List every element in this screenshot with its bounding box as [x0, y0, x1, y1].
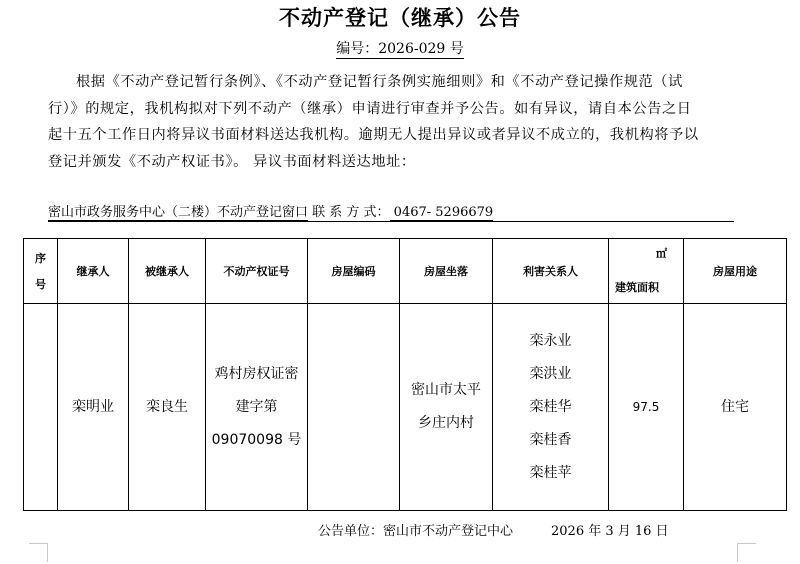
header-decedent: 被继承人 — [129, 239, 206, 304]
inheritance-table: 序 号 继承人 被继承人 不动产权证号 房屋编码 房屋坐落 利害关系人 ㎡ 建筑… — [23, 238, 787, 511]
cell-area: 97.5 — [609, 304, 684, 511]
header-seq: 序 号 — [24, 239, 58, 304]
cell-decedent: 栾良生 — [129, 304, 206, 511]
cell-interested-parties: 栾永业 栾洪业 栾桂华 栾桂香 栾桂苹 — [493, 304, 609, 511]
issuer: 公告单位：密山市不动产登记中心 — [318, 524, 513, 539]
table-header-row: 序 号 继承人 被继承人 不动产权证号 房屋编码 房屋坐落 利害关系人 ㎡ 建筑… — [24, 239, 787, 304]
objection-address: 密山市政务服务中心（二楼）不动产登记窗口 — [48, 205, 308, 221]
document-number: 编号：2026-029 号 — [0, 38, 800, 58]
notice-paragraph: 根据《不动产登记暂行条例》、《不动产登记暂行条例实施细则》和《不动产登记操作规范… — [48, 69, 738, 175]
paragraph-line: 登记并颁发《不动产权证书》。 异议书面材料送达地址： — [48, 149, 738, 176]
cell-seq — [24, 304, 58, 511]
page-title: 不动产登记（继承）公告 — [0, 2, 800, 32]
cell-house-code — [308, 304, 400, 511]
area-label: 建筑面积 — [615, 279, 659, 295]
header-heir: 继承人 — [58, 239, 129, 304]
contact-line: 密山市政务服务中心（二楼）不动产登记窗口 联 系 方 式： 0467- 5296… — [48, 204, 734, 222]
cell-heir: 栾明业 — [58, 304, 129, 511]
paragraph-line: 起十五个工作日内将异议书面材料送达我机构。逾期无人提出异议或者异议不成立的，我机… — [48, 122, 738, 149]
header-location: 房屋坐落 — [400, 239, 493, 304]
cell-cert-no: 鸡村房权证密 建字第 09070098 号 — [206, 304, 308, 511]
header-area: ㎡ 建筑面积 — [609, 239, 684, 304]
header-interested-parties: 利害关系人 — [493, 239, 609, 304]
page-corner-mark-right — [737, 543, 756, 562]
footer: 公告单位：密山市不动产登记中心2026 年 3 月 16 日 — [318, 520, 669, 539]
cell-usage: 住宅 — [684, 304, 787, 511]
area-unit: ㎡ — [656, 245, 667, 261]
table-row: 栾明业 栾良生 鸡村房权证密 建字第 09070098 号 密山市太平 乡庄内村… — [24, 304, 787, 511]
header-usage: 房屋用途 — [684, 239, 787, 304]
issue-date: 2026 年 3 月 16 日 — [551, 524, 669, 539]
page-corner-mark-left — [29, 543, 48, 562]
contact-phone: 0467- 5296679 — [390, 205, 494, 221]
header-cert-no: 不动产权证号 — [206, 239, 308, 304]
contact-label: 联 系 方 式： — [308, 205, 390, 220]
paragraph-line: 行）》的规定，我机构拟对下列不动产（继承）申请进行审查并予公告。如有异议，请自本… — [48, 96, 738, 123]
paragraph-line: 根据《不动产登记暂行条例》、《不动产登记暂行条例实施细则》和《不动产登记操作规范… — [48, 69, 738, 96]
cell-location: 密山市太平 乡庄内村 — [400, 304, 493, 511]
header-house-code: 房屋编码 — [308, 239, 400, 304]
